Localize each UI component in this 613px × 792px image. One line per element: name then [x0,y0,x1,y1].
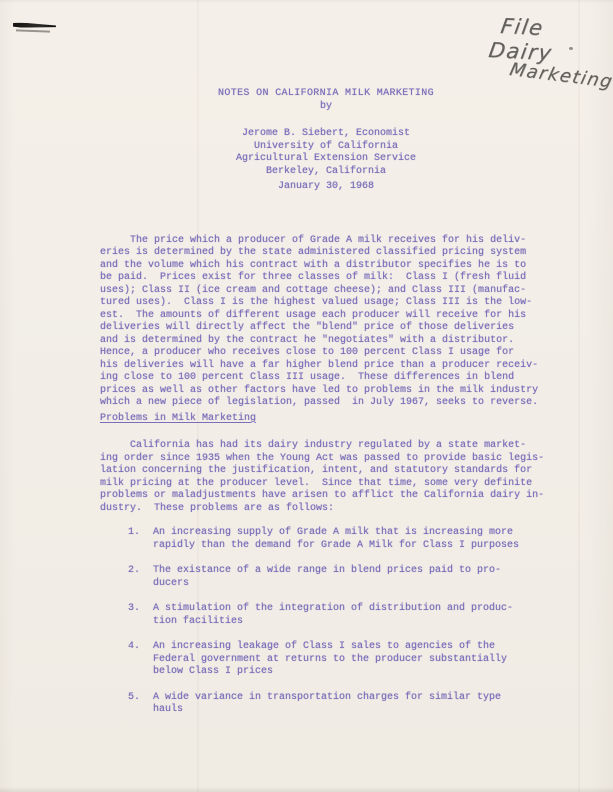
intro-paragraph: The price which a producer of Grade A mi… [100,235,552,410]
list-item-text: A wide variance in transportation charge… [153,692,501,717]
list-item-text: A stimulation of the integration of dist… [153,603,513,628]
problems-list: 1. An increasing supply of Grade A milk … [100,527,552,717]
list-item-2: 2. The existance of a wide range in blen… [100,565,552,590]
document-page: File Dairy Marketing NOTES ON CALIFORNIA… [0,0,613,792]
byline: by [100,101,552,114]
document-content: NOTES ON CALIFORNIA MILK MARKETING by Je… [100,88,552,717]
author-block: Jerome B. Siebert, Economist University … [100,128,552,178]
author-line: Jerome B. Siebert, Economist [100,128,552,141]
list-item-text: An increasing leakage of Class I sales t… [153,641,507,679]
paper-crease-right [578,0,580,792]
document-title: NOTES ON CALIFORNIA MILK MARKETING [100,88,552,101]
org-line-service: Agricultural Extension Service [100,153,552,166]
date-line: January 30, 1968 [100,181,552,194]
list-item-5: 5. A wide variance in transportation cha… [100,692,552,717]
list-item-3: 3. A stimulation of the integration of d… [100,603,552,628]
problems-paragraph: California has had its dairy industry re… [100,440,552,515]
handwritten-note-line-file: File [499,14,545,40]
page-edge-shadow-bottom [0,787,613,792]
section-heading: Problems in Milk Marketing [100,413,552,426]
org-line-location: Berkeley, California [100,166,552,179]
list-item-text: The existance of a wide range in blend p… [153,565,501,590]
pencil-dot [569,47,573,50]
list-item-number: 4. [128,641,153,679]
list-item-number: 1. [128,527,153,552]
handwritten-note: File Dairy Marketing [0,0,613,100]
list-item-4: 4. An increasing leakage of Class I sale… [100,641,552,679]
org-line-university: University of California [100,141,552,154]
list-item-number: 5. [128,692,153,717]
list-item-1: 1. An increasing supply of Grade A milk … [100,527,552,552]
list-item-number: 2. [128,565,153,590]
list-item-text: An increasing supply of Grade A milk tha… [153,527,519,552]
list-item-number: 3. [128,603,153,628]
